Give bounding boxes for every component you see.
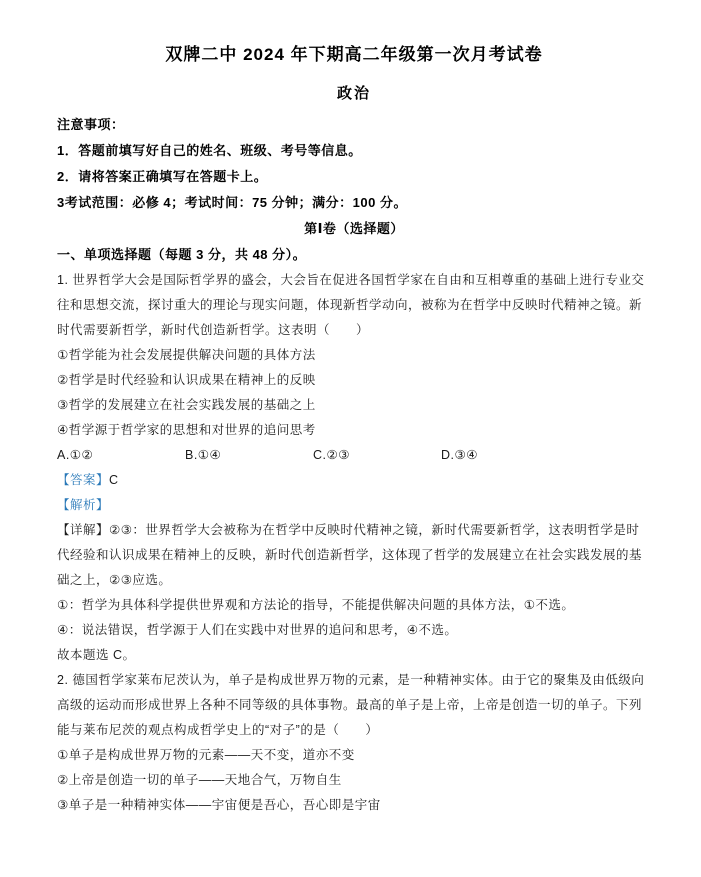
question-1-statement-1: ①哲学能为社会发展提供解决问题的具体方法	[57, 343, 651, 368]
question-1-explanation-2: ①：哲学为具体科学提供世界观和方法论的指导，不能提供解决问题的具体方法，①不选。	[57, 593, 651, 618]
question-1-explanation-1: 【详解】②③：世界哲学大会被称为在哲学中反映时代精神之镜，新时代需要新哲学，这表…	[57, 518, 651, 593]
question-1-statement-3: ③哲学的发展建立在社会实践发展的基础之上	[57, 393, 651, 418]
question-2-stem: 2. 德国哲学家莱布尼茨认为，单子是构成世界万物的元素，是一种精神实体。由于它的…	[57, 668, 651, 743]
notice-item-2: 2．请将答案正确填写在答题卡上。	[57, 164, 651, 190]
part-heading: 一、单项选择题（每题 3 分，共 48 分）。	[57, 242, 651, 268]
exam-subject: 政治	[57, 84, 651, 104]
question-1-answer-line: 【答案】C	[57, 468, 651, 493]
question-1-conclusion: 故本题选 C。	[57, 643, 651, 668]
notice-item-1: 1．答题前填写好自己的姓名、班级、考号等信息。	[57, 138, 651, 164]
exam-document-page: 双牌二中 2024 年下期高二年级第一次月考试卷 政治 注意事项： 1．答题前填…	[0, 0, 701, 877]
answer-label: 【答案】	[57, 473, 109, 487]
answer-value: C	[109, 473, 119, 487]
choice-c: C.②③	[313, 443, 441, 468]
question-1-choices: A.①② B.①④ C.②③ D.③④	[57, 443, 651, 468]
question-1-explanation-3: ④：说法错误，哲学源于人们在实践中对世界的追问和思考，④不选。	[57, 618, 651, 643]
volume-title: 第Ⅰ卷（选择题）	[57, 216, 651, 242]
question-2-statement-2: ②上帝是创造一切的单子——天地合气，万物自生	[57, 768, 651, 793]
notice-item-3: 3考试范围：必修 4；考试时间：75 分钟；满分：100 分。	[57, 190, 651, 216]
question-2-statement-3: ③单子是一种精神实体——宇宙便是吾心，吾心即是宇宙	[57, 793, 651, 818]
analysis-label: 【解析】	[57, 498, 109, 512]
question-1-analysis-line: 【解析】	[57, 493, 651, 518]
question-1-statement-4: ④哲学源于哲学家的思想和对世界的追问思考	[57, 418, 651, 443]
choice-b: B.①④	[185, 443, 313, 468]
question-1: 1. 世界哲学大会是国际哲学界的盛会，大会旨在促进各国哲学家在自由和互相尊重的基…	[57, 268, 651, 668]
notice-section: 注意事项： 1．答题前填写好自己的姓名、班级、考号等信息。 2．请将答案正确填写…	[57, 112, 651, 216]
notice-heading: 注意事项：	[57, 112, 651, 138]
question-1-stem: 1. 世界哲学大会是国际哲学界的盛会，大会旨在促进各国哲学家在自由和互相尊重的基…	[57, 268, 651, 343]
question-1-statement-2: ②哲学是时代经验和认识成果在精神上的反映	[57, 368, 651, 393]
choice-d: D.③④	[441, 443, 478, 468]
choice-a: A.①②	[57, 443, 185, 468]
exam-title: 双牌二中 2024 年下期高二年级第一次月考试卷	[57, 44, 651, 66]
question-2: 2. 德国哲学家莱布尼茨认为，单子是构成世界万物的元素，是一种精神实体。由于它的…	[57, 668, 651, 818]
question-2-statement-1: ①单子是构成世界万物的元素——天不变，道亦不变	[57, 743, 651, 768]
